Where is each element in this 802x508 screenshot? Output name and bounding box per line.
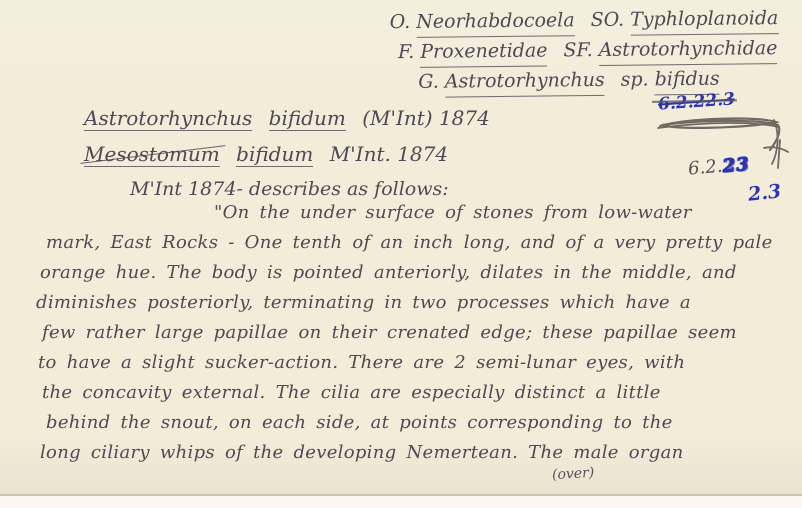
describes-line: M'Int 1874- describes as follows: [130, 178, 490, 200]
over-note: (over) [552, 465, 595, 483]
authority: (M'Int) 1874 [362, 106, 490, 130]
description-line: "On the under surface of stones from low… [36, 198, 784, 228]
taxon-subfamily: Astrotorhynchidae [599, 34, 778, 66]
synonym-species-epithet: bifidum [236, 142, 313, 167]
catalog-number-struck: 6.2.22.3 [657, 89, 735, 114]
rank-label-genus: G. [418, 68, 439, 98]
rank-label-family: F. [398, 38, 415, 68]
catalog-number-overwritten: 23 [721, 153, 750, 176]
taxonomy-row-order: O. Neorhabdocoela SO. Typhloplanoida [390, 4, 800, 38]
description-block: "On the under surface of stones from low… [36, 198, 784, 468]
description-line: the concavity external. The cilia are es… [36, 378, 784, 408]
rank-label-species: sp. [621, 65, 649, 95]
taxonomy-row-family: F. Proxenetidae SF. Astrotorhynchidae [398, 34, 800, 68]
rank-label-subfamily: SF. [563, 36, 593, 66]
taxonomy-block: O. Neorhabdocoela SO. Typhloplanoida F. … [390, 4, 801, 98]
description-line: mark, East Rocks - One tenth of an inch … [36, 228, 784, 258]
description-line: behind the snout, on each side, at point… [36, 408, 784, 438]
rank-label-order: O. [390, 8, 411, 38]
taxon-family: Proxenetidae [420, 36, 548, 67]
catalog-number-prefix: 6.2. [687, 156, 723, 180]
species-epithet: bifidum [269, 106, 346, 131]
description-line: few rather large papillae on their crena… [36, 318, 784, 348]
taxonomy-row-genus: G. Astrotorhynchus sp. bifidus [418, 64, 800, 98]
description-line: orange hue. The body is pointed anterior… [36, 258, 784, 288]
synonymy-block: Astrotorhynchus bifidum (M'Int) 1874 Mes… [84, 106, 490, 200]
suborder-pair: SO. Typhloplanoida [590, 4, 778, 36]
synonym-genus-name: Mesostomum [84, 142, 220, 167]
genus-name: Astrotorhynchus [84, 106, 252, 131]
family-pair: F. Proxenetidae [398, 36, 548, 68]
taxon-suborder: Typhloplanoida [630, 4, 778, 36]
description-line: to have a slight sucker-action. There ar… [36, 348, 784, 378]
species-heading-synonym: Mesostomum bifidum M'Int. 1874 [84, 142, 490, 166]
taxon-order: Neorhabdocoela [416, 6, 575, 38]
order-pair: O. Neorhabdocoela [390, 6, 575, 38]
subfamily-pair: SF. Astrotorhynchidae [563, 34, 777, 66]
scan-edge [0, 494, 802, 508]
genus-pair: G. Astrotorhynchus [418, 66, 605, 98]
description-line: diminishes posteriorly, terminating in t… [36, 288, 784, 318]
rank-label-suborder: SO. [590, 6, 624, 36]
description-line: long ciliary whips of the developing Nem… [36, 438, 784, 468]
taxon-genus: Astrotorhynchus [445, 66, 605, 98]
index-card: O. Neorhabdocoela SO. Typhloplanoida F. … [0, 0, 802, 508]
species-heading-current: Astrotorhynchus bifidum (M'Int) 1874 [84, 106, 490, 130]
synonym-authority: M'Int. 1874 [330, 142, 448, 166]
